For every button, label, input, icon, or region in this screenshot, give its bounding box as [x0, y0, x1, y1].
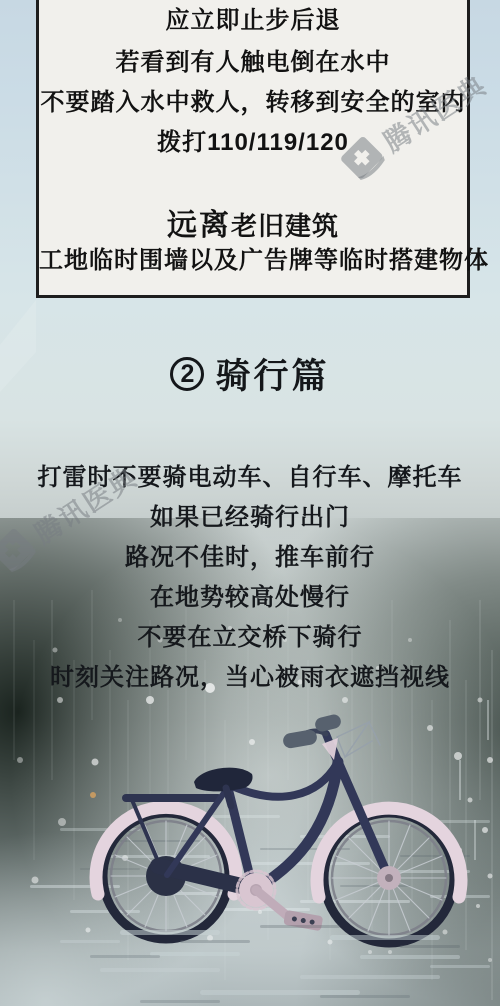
safety-card: 应立即止步后退 若看到有人触电倒在水中 不要踏入水中救人，转移到安全的室内 拨打…: [36, 0, 470, 298]
section-title: 2 骑行篇: [0, 352, 500, 396]
tip-line: 打雷时不要骑电动车、自行车、摩托车: [0, 463, 500, 493]
tip-line: 路况不佳时，推车前行: [0, 543, 500, 573]
section-title-text: 骑行篇: [215, 349, 329, 399]
card-line: 若看到有人触电倒在水中: [39, 48, 467, 78]
tip-line: 时刻关注路况，当心被雨衣遮挡视线: [0, 663, 500, 693]
tip-line: 在地势较高处慢行: [0, 583, 500, 613]
card-line: 不要踏入水中救人，转移到安全的室内: [39, 88, 467, 118]
section-number-badge: 2: [170, 357, 204, 391]
card-line: 应立即止步后退: [39, 6, 467, 36]
warning-emphasis: 远离: [167, 209, 231, 242]
tip-line: 如果已经骑行出门: [0, 503, 500, 533]
warning-line: 远离老旧建筑: [39, 209, 467, 245]
safety-poster: 应立即止步后退 若看到有人触电倒在水中 不要踏入水中救人，转移到安全的室内 拨打…: [0, 0, 500, 1006]
tip-line: 不要在立交桥下骑行: [0, 623, 500, 653]
warning-rest: 老旧建筑: [231, 211, 339, 241]
card-line: 拨打110/119/120: [39, 128, 467, 158]
warning-line-2: 工地临时围墙以及广告牌等临时搭建物体: [39, 246, 467, 276]
